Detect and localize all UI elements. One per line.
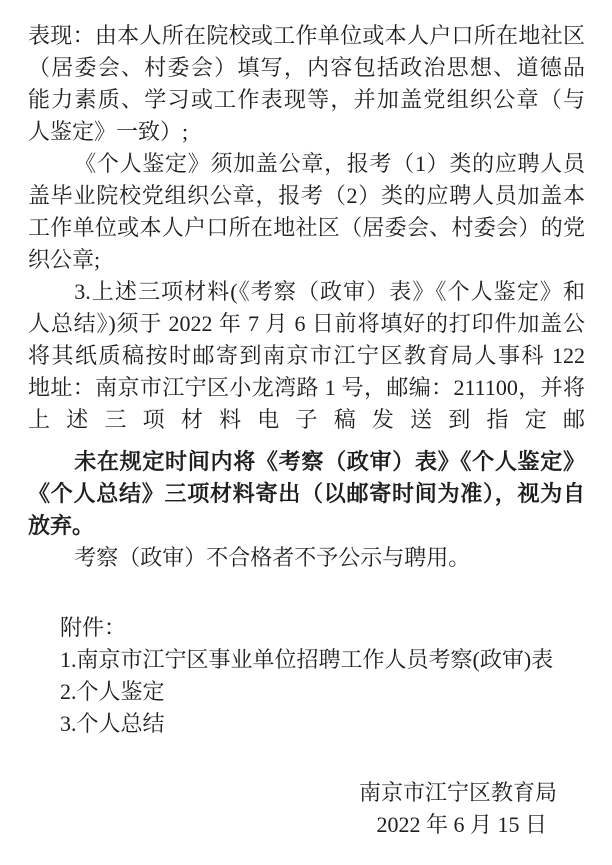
text-line: 人总结》)须于 2022 年 7 月 6 日前将填好的打印件加盖公章， <box>28 308 585 340</box>
issuer-line: 南京市江宁区教育局 <box>28 777 585 809</box>
text-line: 将其纸质稿按时邮寄到南京市江宁区教育局人事科 122 室， <box>28 340 585 372</box>
text-line: 织公章; <box>28 244 585 276</box>
attachments-section: 附件： 1.南京市江宁区事业单位招聘工作人员考察(政审)表2.个人鉴定3.个人总… <box>28 612 585 740</box>
text-line: 盖毕业院校党组织公章，报考（2）类的应聘人员加盖本人 <box>28 180 585 212</box>
attachment-item: 1.南京市江宁区事业单位招聘工作人员考察(政审)表 <box>60 644 585 676</box>
text-line: 《个人鉴定》须加盖公章，报考（1）类的应聘人员加 <box>28 148 585 180</box>
attachment-item: 2.个人鉴定 <box>60 676 585 708</box>
document-lines: 表现：由本人所在院校或工作单位或本人户口所在地社区（居委会、村委会）填写，内容包… <box>28 20 585 574</box>
attachments-label: 附件： <box>60 612 585 644</box>
date-line: 2022 年 6 月 15 日 <box>28 809 585 841</box>
text-line: （居委会、村委会）填写，内容包括政治思想、道德品质、 <box>28 52 585 84</box>
text-line: 工作单位或本人户口所在地社区（居委会、村委会）的党组 <box>28 212 585 244</box>
attachment-list: 1.南京市江宁区事业单位招聘工作人员考察(政审)表2.个人鉴定3.个人总结 <box>60 644 585 740</box>
text-line: 放弃。 <box>28 510 585 542</box>
text-line: 考察（政审）不合格者不予公示与聘用。 <box>28 542 585 574</box>
text-line: 能力素质、学习或工作表现等，并加盖党组织公章（与《个 <box>28 84 585 116</box>
footer: 南京市江宁区教育局 2022 年 6 月 15 日 <box>28 777 585 841</box>
text-line: 《个人总结》三项材料寄出（以邮寄时间为准），视为自动 <box>28 478 585 510</box>
attachment-item: 3.个人总结 <box>60 708 585 740</box>
text-line: 地址：南京市江宁区小龙湾路 1 号，邮编：211100，并将 <box>28 372 585 404</box>
text-line: 未在规定时间内将《考察（政审）表》《个人鉴定》和 <box>28 446 585 478</box>
document-page: 表现：由本人所在院校或工作单位或本人户口所在地社区（居委会、村委会）填写，内容包… <box>0 0 612 865</box>
text-line: 3.上述三项材料(《考察（政审）表》《个人鉴定》和《个 <box>28 276 585 308</box>
text-line: 人鉴定》一致）; <box>28 116 585 148</box>
text-line: 上述三项材料电子稿发送到指定邮箱:jnjyjrskwm@126.com。 <box>28 404 585 436</box>
text-line: 表现：由本人所在院校或工作单位或本人户口所在地社区 <box>28 20 585 52</box>
